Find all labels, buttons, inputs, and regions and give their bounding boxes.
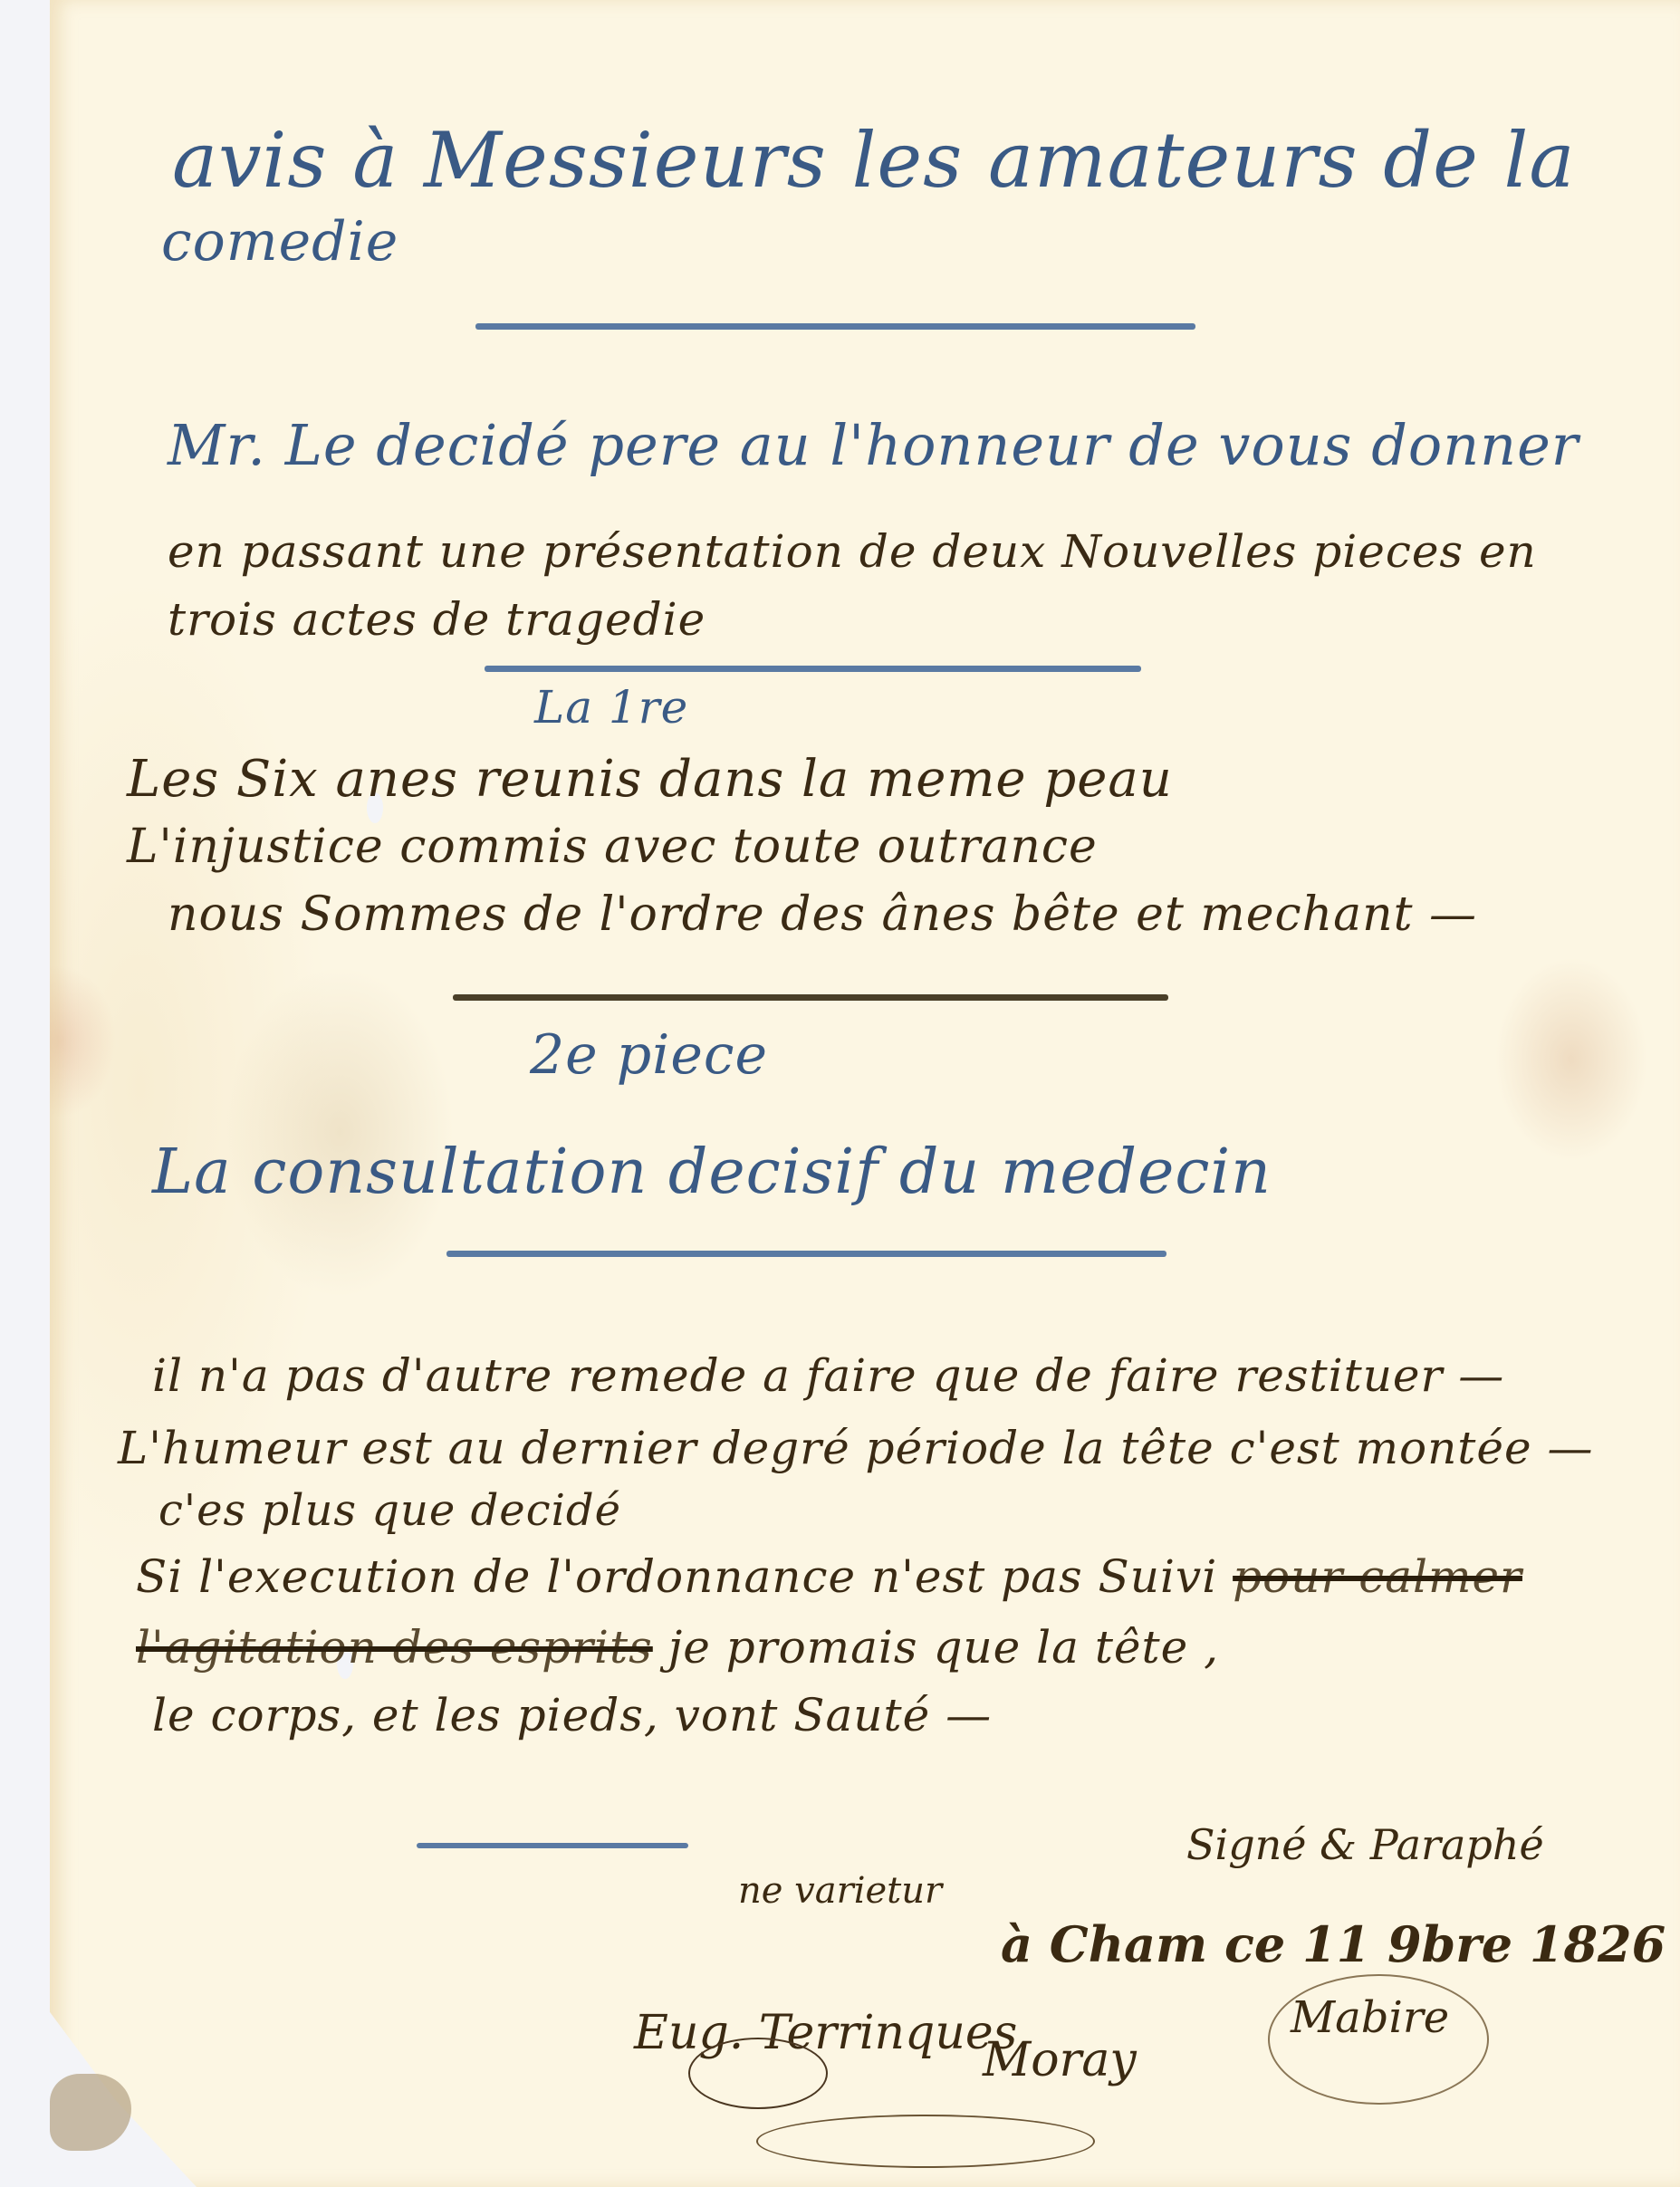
body-text: Si l'execution de l'ordonnance n'est pas… bbox=[136, 1550, 1217, 1603]
body-line: L'humeur est au dernier degré période la… bbox=[118, 1422, 1593, 1474]
piece1-label: La 1re bbox=[534, 681, 688, 734]
signature-terrinques: Eug. Terrinques bbox=[634, 2006, 1017, 2060]
struck-text: l'agitation des esprits bbox=[136, 1621, 653, 1674]
intro-line: en passant une présentation de deux Nouv… bbox=[168, 525, 1537, 578]
divider-rule bbox=[417, 1843, 688, 1848]
document-title: avis à Messieurs les amateurs de la bbox=[172, 116, 1575, 205]
body-line: le corps, et les pieds, vont Sauté — bbox=[152, 1689, 992, 1741]
divider-rule bbox=[446, 1251, 1166, 1257]
body-line: Si l'execution de l'ordonnance n'est pas… bbox=[136, 1550, 1522, 1603]
body-line: c'es plus que decidé bbox=[158, 1485, 621, 1536]
piece2-title: La consultation decisif du medecin bbox=[152, 1137, 1272, 1208]
divider-rule bbox=[485, 666, 1141, 672]
signature-flourish bbox=[688, 2038, 828, 2109]
piece2-label: 2e piece bbox=[530, 1023, 768, 1087]
body-line: il n'a pas d'autre remede a faire que de… bbox=[152, 1349, 1504, 1402]
body-line: l'agitation des esprits je promais que l… bbox=[136, 1621, 1219, 1674]
signature-flourish bbox=[756, 2115, 1095, 2168]
piece1-line: Les Six anes reunis dans la meme peau bbox=[127, 750, 1173, 809]
paper-stain bbox=[50, 2074, 131, 2151]
ne-varietur-note: ne varietur bbox=[738, 1870, 942, 1912]
divider-rule bbox=[453, 994, 1168, 1001]
body-text: je promais que la tête , bbox=[668, 1621, 1219, 1674]
signature-moray: Moray bbox=[983, 2033, 1137, 2087]
piece1-line: L'injustice commis avec toute outrance bbox=[127, 820, 1098, 874]
struck-text: pour calmer bbox=[1233, 1550, 1522, 1603]
divider-rule bbox=[475, 323, 1195, 330]
place-date: à Cham ce 11 9bre 1826 bbox=[1001, 1915, 1666, 1973]
document-title-cont: comedie bbox=[161, 210, 398, 273]
intro-line: trois actes de tragedie bbox=[168, 593, 706, 646]
signed-note: Signé & Paraphé bbox=[1186, 1820, 1544, 1869]
signature-flourish bbox=[1268, 1974, 1489, 2105]
piece1-line: nous Sommes de l'ordre des ânes bête et … bbox=[168, 887, 1477, 942]
intro-line: Mr. Le decidé pere au l'honneur de vous … bbox=[168, 412, 1579, 478]
